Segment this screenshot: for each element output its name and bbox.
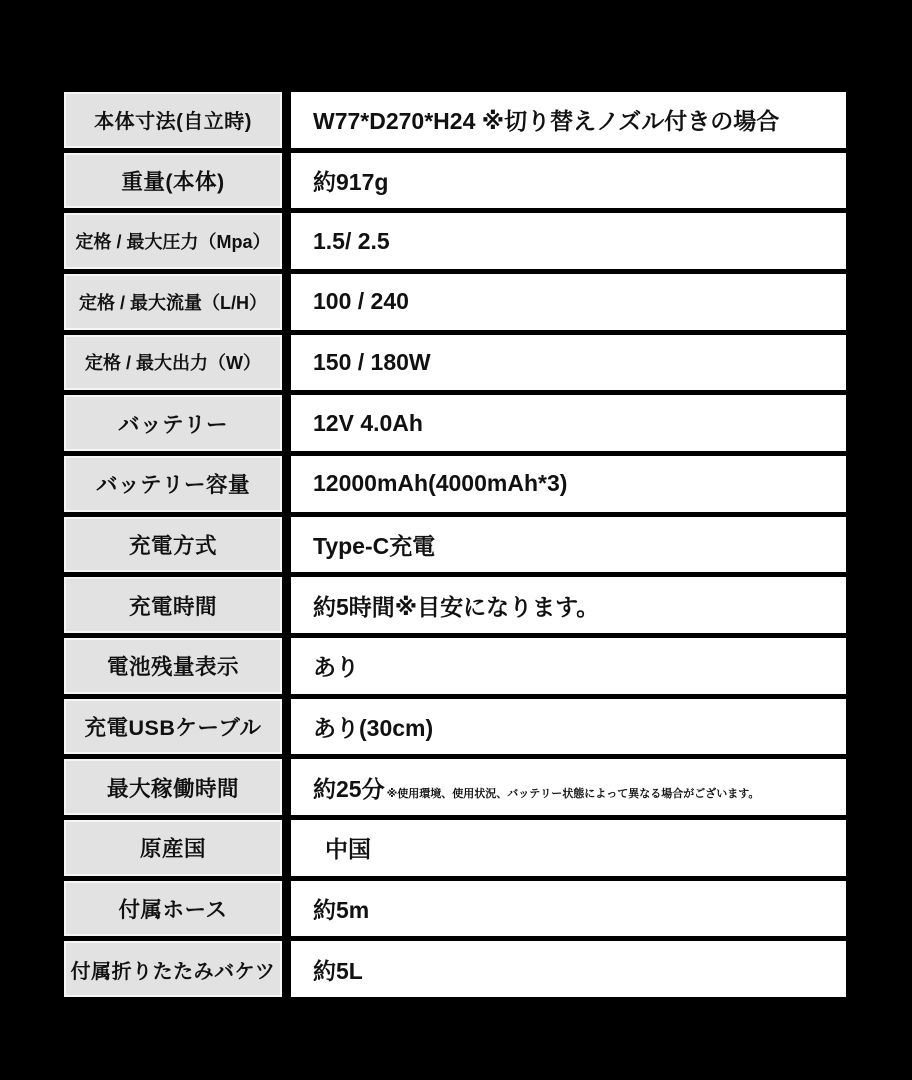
spec-label-hose: 付属ホース — [64, 881, 282, 937]
spec-value-hose: 約5m — [291, 881, 846, 937]
spec-value-charging-method: Type-C充電 — [291, 517, 846, 573]
spec-label-weight: 重量(本体) — [64, 153, 282, 209]
spec-label-body-dimensions: 本体寸法(自立時) — [64, 92, 282, 148]
spec-label-output: 定格 / 最大出力（W） — [64, 335, 282, 391]
spec-value-max-runtime: 約25分 ※使用環境、使用状況、バッテリー状態によって異なる場合がございます。 — [291, 759, 846, 815]
spec-value-battery-indicator: あり — [291, 638, 846, 694]
spec-value-body-dimensions: W77*D270*H24 ※切り替えノズル付きの場合 — [291, 92, 846, 148]
spec-value-country-of-origin: 中国 — [291, 820, 846, 876]
product-spec-table: 本体寸法(自立時) W77*D270*H24 ※切り替えノズル付きの場合 重量(… — [64, 92, 846, 997]
spec-value-charging-time: 約5時間※目安になります。 — [291, 577, 846, 633]
spec-label-battery-indicator: 電池残量表示 — [64, 638, 282, 694]
page-background: { "colors":{ "bg":"#000000", "label_bg":… — [0, 0, 912, 1080]
max-runtime-note: ※使用環境、使用状況、バッテリー状態によって異なる場合がございます。 — [387, 785, 760, 801]
spec-label-flow-rate: 定格 / 最大流量（L/H） — [64, 274, 282, 330]
spec-label-battery: バッテリー — [64, 395, 282, 451]
spec-label-battery-capacity: バッテリー容量 — [64, 456, 282, 512]
spec-label-pressure: 定格 / 最大圧力（Mpa） — [64, 213, 282, 269]
spec-label-charging-method: 充電方式 — [64, 517, 282, 573]
spec-value-usb-cable: あり(30cm) — [291, 699, 846, 755]
spec-label-max-runtime: 最大稼働時間 — [64, 759, 282, 815]
spec-label-usb-cable: 充電USBケーブル — [64, 699, 282, 755]
spec-label-folding-bucket: 付属折りたたみバケツ — [64, 941, 282, 997]
spec-label-country-of-origin: 原産国 — [64, 820, 282, 876]
spec-label-charging-time: 充電時間 — [64, 577, 282, 633]
spec-value-flow-rate: 100 / 240 — [291, 274, 846, 330]
spec-value-battery: 12V 4.0Ah — [291, 395, 846, 451]
spec-value-output: 150 / 180W — [291, 335, 846, 391]
spec-value-battery-capacity: 12000mAh(4000mAh*3) — [291, 456, 846, 512]
max-runtime-value: 約25分 — [313, 771, 385, 804]
spec-value-folding-bucket: 約5L — [291, 941, 846, 997]
spec-value-pressure: 1.5/ 2.5 — [291, 213, 846, 269]
spec-value-weight: 約917g — [291, 153, 846, 209]
